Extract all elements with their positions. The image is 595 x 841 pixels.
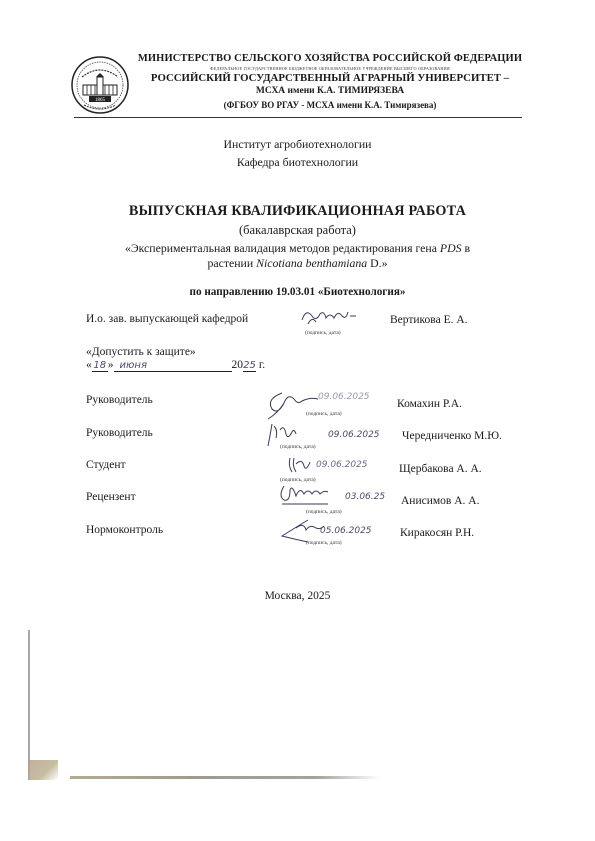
ministry-name: МИНИСТЕРСТВО СЕЛЬСКОГО ХОЗЯЙСТВА РОССИЙС… [130,53,530,64]
signature-caption: (подпись, дата) [306,540,342,546]
scan-artifact-horizontal [70,776,380,779]
signatory-name: Комахин Р.А. [397,398,462,410]
signatory-role: Рецензент [86,491,136,503]
university-logo: 1865 [70,55,130,115]
signature-date: 05.06.2025 [320,526,372,536]
head-of-department-name: Вертикова Е. А. [390,314,468,326]
institution-type: ФЕДЕРАЛЬНОЕ ГОСУДАРСТВЕННОЕ БЮДЖЕТНОЕ ОБ… [130,66,530,71]
gene-name: PDS [440,241,462,255]
signature-date: 09.06.2025 [316,460,368,470]
signatory-name: Чередниченко М.Ю. [402,430,502,442]
signatory-role: Руководитель [86,427,153,439]
university-name: РОССИЙСКИЙ ГОСУДАРСТВЕННЫЙ АГРАРНЫЙ УНИВ… [130,72,530,84]
signature-date: 03.06.25 [345,492,385,502]
document-subtitle: (бакалаврская работа) [0,223,595,238]
city-year: Москва, 2025 [0,590,595,602]
signatory-name: Киракосян Р.Н. [400,527,474,539]
signatory-role: Нормоконтроль [86,524,163,536]
signature-date: 09.06.2025 [328,430,380,440]
head-of-department-label: И.о. зав. выпускающей кафедрой [86,313,248,325]
thesis-topic-line-2: растении Nicotiana benthamiana D.» [0,256,595,271]
header-divider [74,117,522,118]
university-named-after: МСХА имени К.А. ТИМИРЯЗЕВА [130,86,530,96]
signatory-name: Щербакова А. А. [399,463,482,475]
university-abbreviation: (ФГБОУ ВО РГАУ - МСХА имени К.А. Тимиряз… [130,100,530,110]
head-of-department-signature [298,306,358,333]
species-name: Nicotiana benthamiana [256,256,367,270]
institute-name: Институт агробиотехнологии [0,137,595,152]
document-title: ВЫПУСКНАЯ КВАЛИФИКАЦИОННАЯ РАБОТА [0,203,595,220]
admission-year: 25 [243,360,256,372]
signature-caption: (подпись, дата) [306,411,342,417]
signature-caption: (подпись, дата) [306,509,342,515]
scan-artifact-vertical [28,630,30,780]
signatory-role: Студент [86,459,126,471]
signatory-role: Руководитель [86,394,153,406]
signature-caption: (подпись, дата) [280,444,316,450]
admission-date: «18»июня2025 г. [86,359,265,372]
study-direction: по направлению 19.03.01 «Биотехнология» [0,286,595,298]
signatory-name: Анисимов А. А. [401,495,479,507]
head-of-department-caption: (подпись, дата) [305,330,341,336]
svg-text:1865: 1865 [95,98,106,103]
admission-day: 18 [92,360,108,372]
admission-month: июня [114,360,232,372]
signature-date: 09.06.2025 [318,392,370,402]
admission-label: «Допустить к защите» [86,346,196,358]
thesis-topic-line-1: «Экспериментальная валидация методов ред… [0,241,595,256]
department-name: Кафедра биотехнологии [0,155,595,170]
scan-artifact-corner [28,760,58,780]
